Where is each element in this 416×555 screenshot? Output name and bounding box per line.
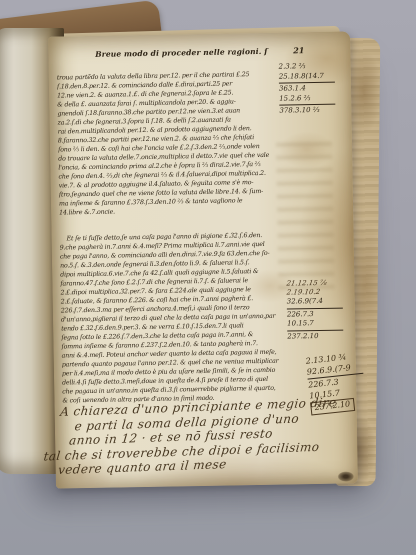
margin-calculation-top: 2.3.2 ⅔ 25.18.8(14.7 363.1.4 15.2.6 ⅔ 37… bbox=[279, 62, 336, 116]
printed-text-block: troua partẽdo la valuta della libra per.… bbox=[57, 69, 297, 405]
calc-row: 378.3.10 ⅔ bbox=[279, 106, 335, 116]
page-number: 21 bbox=[293, 45, 304, 55]
handwritten-number: 2.19.10.2 bbox=[286, 288, 343, 298]
calc-row: 10.15.7 bbox=[287, 319, 343, 329]
book-photo: Breue modo di proceder nelle ragioni. ſ … bbox=[0, 0, 416, 555]
calc-row: 237.2.10 bbox=[287, 331, 343, 341]
book-page: Breue modo di proceder nelle ragioni. ſ … bbox=[48, 31, 358, 488]
handwritten-marginal-note: A chiareza d'uno principiante e megio di… bbox=[37, 395, 355, 479]
calc-row: 15.2.6 ⅔ bbox=[279, 93, 335, 103]
page-corner-stain bbox=[338, 471, 354, 481]
calc-row: 25.18.8(14.7 bbox=[279, 71, 335, 81]
paragraph-2: Et ſe ti fuſſe detto,ſe una caſa paga l'… bbox=[60, 230, 297, 405]
calc-row: 32.6.9(7.4 bbox=[287, 297, 343, 307]
paragraph-1: troua partẽdo la valuta della libra per.… bbox=[57, 69, 293, 217]
running-header: Breue modo di proceder nelle ragioni. ſ bbox=[56, 46, 306, 59]
margin-calculation-middle: 21.12.15 ⅞ 2.19.10.2 32.6.9(7.4 226.7.3 … bbox=[286, 279, 343, 342]
